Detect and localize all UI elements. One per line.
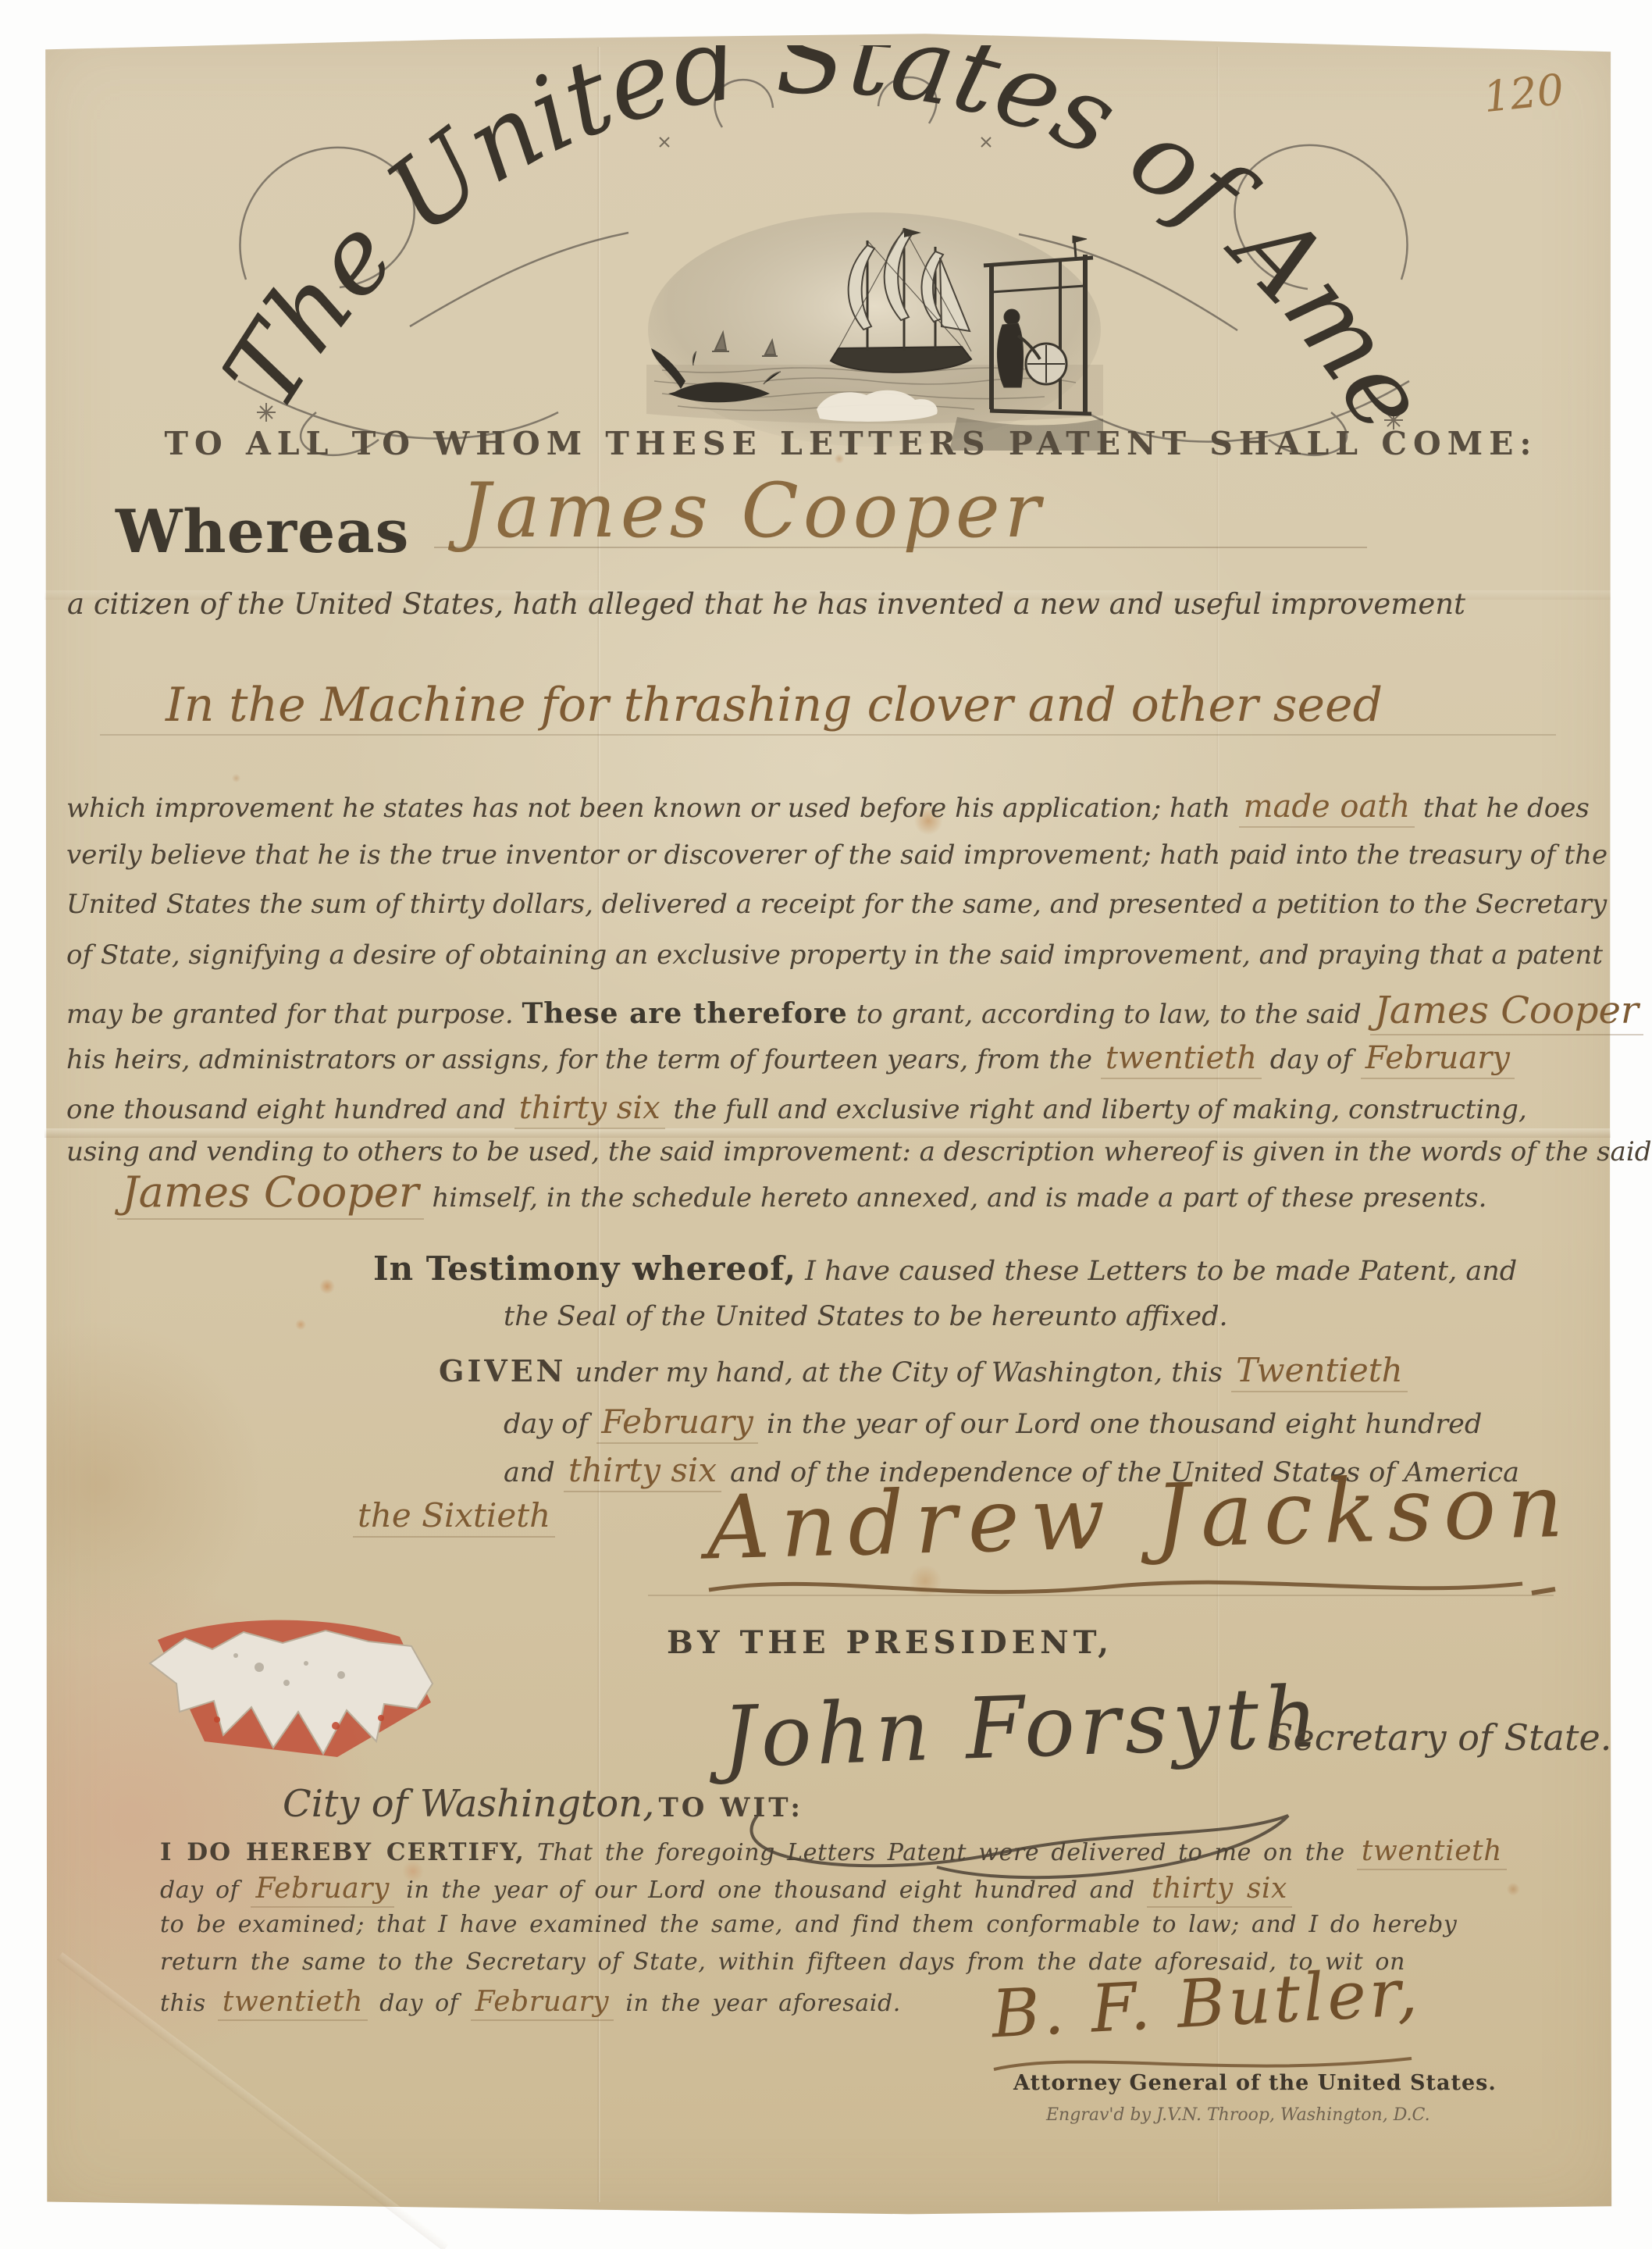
handwritten-fill: February [251,1873,394,1908]
engraved-text: one thousand eight hundred and [66,1094,514,1125]
whaling-vignette [646,205,1103,451]
salutation-line: TO ALL TO WHOM THESE LETTERS PATENT SHAL… [109,425,1593,462]
testimony-line: the Seal of the United States to be here… [504,1301,1228,1332]
engraved-text: to grant, according to law, to the said [848,999,1370,1030]
handwritten-fill: February [471,1986,614,2021]
by-the-president-line: BY THE PRESIDENT, [500,1624,1280,1661]
engraved-text: day of [504,1409,596,1440]
engraved-text: his heirs, administrators or assigns, fo… [66,1044,1101,1075]
body-line: of State, signifying a desire of obtaini… [66,939,1603,971]
engraved-text: which improvement he states has not been… [66,793,1239,824]
engraved-text: in the year aforesaid. [614,1990,901,2017]
engraved-text: verily believe that he is the true inven… [66,839,1607,871]
given-word: GIVEN [439,1353,566,1388]
handwritten-fill: twentieth [218,1986,368,2021]
place-script: City of Washington, [283,1782,654,1826]
name-fill-rule [434,547,1367,548]
body-line: verily believe that he is the true inven… [66,839,1607,871]
engraved-text: the Seal of the United States to be here… [504,1301,1228,1332]
testimony-line: day of February in the year of our Lord … [504,1403,1482,1441]
signature-flourish [703,1566,1569,1613]
testimony-line: the Sixtieth [353,1496,555,1534]
invention-title-handwritten: In the Machine for thrashing clover and … [166,678,1383,732]
engraved-text: using and vending to others to be used, … [66,1136,1651,1167]
invention-fill-rule [100,734,1556,736]
handwritten-fill: twentieth [1357,1835,1507,1870]
handwritten-fill: February [596,1403,758,1444]
engraved-text: this [160,1990,218,2017]
blackletter-phrase: These are therefore [522,997,848,1030]
certification-line: I DO HEREBY CERTIFY, That the foregoing … [160,1835,1507,1867]
handwritten-fill: Twentieth [1231,1351,1407,1392]
paper-seal-remnant [142,1609,462,1788]
handwritten-fill: twentieth [1101,1040,1262,1079]
certification-place-line: City of Washington, TO WIT: [283,1782,803,1826]
attorney-general-title: Attorney General of the United States. [1013,2071,1497,2095]
body-line: James Cooper himself, in the schedule he… [117,1167,1486,1217]
engraved-text: and [504,1457,564,1488]
engraved-text: the full and exclusive right and liberty… [665,1094,1527,1125]
handwritten-fill: thirty six [1147,1873,1292,1908]
engraved-text: That the foregoing Letters Patent were d… [525,1839,1357,1866]
citizen-line: a citizen of the United States, hath all… [67,587,1465,621]
handwritten-fill: the Sixtieth [353,1496,555,1538]
secretary-title: Secretary of State. [1269,1716,1611,1759]
engraved-text: day of [1262,1044,1361,1075]
handwritten-fill: James Cooper [1370,989,1643,1035]
engraved-text: United States the sum of thirty dollars,… [66,889,1607,920]
certification-line: to be examined; that I have examined the… [160,1911,1457,1938]
whereas-word: Whereas [116,497,409,566]
blackletter-phrase: In Testimony whereof, [373,1249,796,1288]
engraved-text: to be examined; that I have examined the… [160,1911,1457,1938]
signature-rule [648,1595,1554,1596]
handwritten-fill: thirty six [564,1451,721,1492]
body-line: his heirs, administrators or assigns, fo… [66,1040,1515,1076]
handwritten-fill: James Cooper [117,1167,424,1220]
body-line: one thousand eight hundred and thirty si… [66,1090,1527,1126]
body-line: using and vending to others to be used, … [66,1136,1651,1167]
docket-number: 120 [1481,65,1566,122]
engraved-text: day of [368,1990,471,2017]
engraved-text: I have caused these Letters to be made P… [796,1256,1517,1287]
body-line: United States the sum of thirty dollars,… [66,889,1607,920]
certify-caps: I DO HEREBY CERTIFY, [160,1838,525,1866]
body-line: may be granted for that purpose. These a… [66,989,1643,1032]
patentee-name-handwritten: James Cooper [461,467,1045,554]
engraved-text: that he does [1415,793,1590,824]
engraved-text: of State, signifying a desire of obtaini… [66,939,1603,971]
certification-line: day of February in the year of our Lord … [160,1873,1292,1905]
body-line: which improvement he states has not been… [66,789,1590,825]
patent-document-scan: 120 The United States of America [0,0,1652,2249]
engraved-text: under my hand, at the City of Washington… [566,1357,1231,1388]
testimony-line: In Testimony whereof, I have caused thes… [373,1249,1517,1288]
handwritten-fill: made oath [1239,789,1415,828]
engraved-text: himself, in the schedule hereto annexed,… [424,1182,1487,1214]
handwritten-fill: February [1361,1040,1515,1079]
engraved-text: in the year of our Lord one thousand eig… [394,1877,1147,1904]
engraved-text: in the year of our Lord one thousand eig… [758,1409,1482,1440]
to-wit: TO WIT: [658,1792,803,1823]
engraver-credit: Engrav'd by J.V.N. Throop, Washington, D… [1046,2105,1430,2125]
handwritten-fill: thirty six [514,1090,665,1129]
engraved-text: day of [160,1877,251,1904]
testimony-line: GIVEN under my hand, at the City of Wash… [439,1351,1408,1389]
certification-line: this twentieth day of February in the ye… [160,1986,901,2018]
engraved-text: may be granted for that purpose. [66,999,522,1030]
